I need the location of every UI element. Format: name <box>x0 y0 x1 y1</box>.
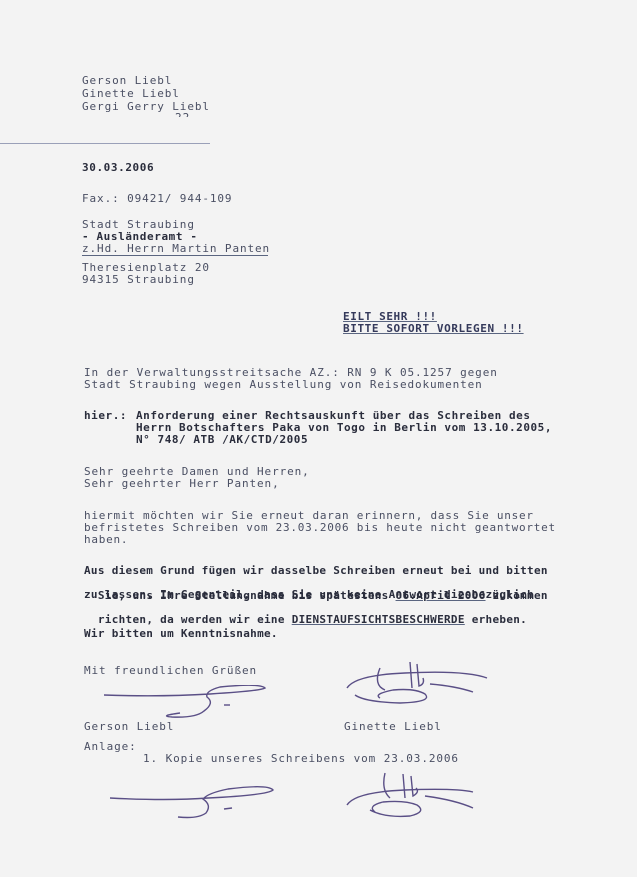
recipient-underline <box>82 255 268 256</box>
closing-note: Wir bitten um Kenntnisnahme. <box>84 627 278 640</box>
paragraph-2-line-4-start: richten, da werden wir eine <box>98 613 292 626</box>
complaint-term: DIENSTAUFSICHTSBESCHWERDE <box>292 613 465 626</box>
attachment-label: Anlage: <box>84 740 137 753</box>
fax-number: Fax.: 09421/ 944-109 <box>82 192 232 205</box>
signatory-gerson: Gerson Liebl <box>84 720 174 733</box>
paragraph-2-line-4-end: erheben. <box>465 613 527 626</box>
sender-name-1: Gerson Liebl <box>82 74 172 87</box>
signatory-ginette: Ginette Liebl <box>344 720 442 733</box>
paragraph-1-line-2: befristetes Schreiben vom 23.03.2006 bis… <box>84 521 556 534</box>
recipient-attention: z.Hd. Herrn Martin Panten <box>82 242 270 255</box>
case-reference-2: Stadt Straubing wegen Ausstellung von Re… <box>84 378 483 391</box>
signature-ginette-1 <box>345 660 515 710</box>
subject-line-3: N° 748/ ATB /AK/CTD/2005 <box>136 433 308 446</box>
letter-date: 30.03.2006 <box>82 161 154 174</box>
paragraph-2-line-4: richten, da werden wir eine DIENSTAUFSIC… <box>84 600 527 626</box>
closing-greeting: Mit freundlichen Grüßen <box>84 664 257 677</box>
salutation-2: Sehr geehrter Herr Panten, <box>84 477 280 490</box>
subject-label: hier.: <box>84 409 127 422</box>
signature-gerson-2 <box>108 785 298 835</box>
sender-divider <box>0 143 210 144</box>
attachment-item-1: 1. Kopie unseres Schreibens vom 23.03.20… <box>143 752 459 765</box>
signature-ginette-2 <box>345 770 515 830</box>
sender-name-2: Ginette Liebl <box>82 87 180 100</box>
urgent-notice-2: BITTE SOFORT VORLEGEN !!! <box>343 322 524 335</box>
sender-cut-line: . 22 <box>160 111 190 117</box>
sender-name-3: Gergi Gerry Liebl <box>82 100 210 113</box>
paragraph-1-line-3: haben. <box>84 533 128 546</box>
recipient-city: 94315 Straubing <box>82 273 195 286</box>
